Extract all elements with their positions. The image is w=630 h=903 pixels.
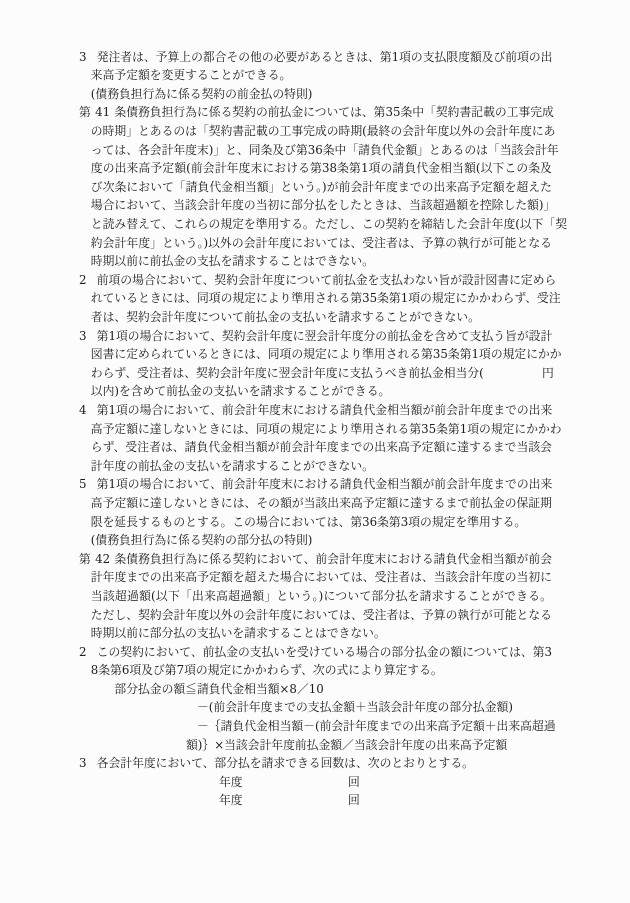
art41-line-6: 場合において、当該会計年度の当初に部分払をしたときは、当該超過額を控除した額)」 (91, 196, 552, 215)
schedule-row: 年度回 (79, 791, 552, 810)
art41-item5-line-3: 限を延長するものとする。この場合においては、第36条第3項の規定を準用する。 (91, 513, 552, 532)
schedule-year: 年度 (219, 791, 243, 810)
art42-line-3: 当該超過額(以下「出来高超過額」という。)について部分払を請求することができる。 (91, 587, 552, 606)
art41-line-8: 約会計年度」という。)以外の会計年度においては、受注者は、予算の執行が可能となる (91, 234, 552, 253)
art41-item3-line-3: わらず、受注者は、契約会計年度に翌会計年度に支払うべき前払金相当分(円 (91, 364, 552, 383)
item-text: わらず、受注者は、契約会計年度に翌会計年度に支払うべき前払金相当分( (91, 366, 484, 380)
formula-term-1: －(前会計年度までの支払金額＋当該会計年度の部分払金額) (197, 698, 552, 717)
article-text: 債務負担行為に係る契約の前払金については、第35条中「契約書記載の工事完成 (126, 105, 554, 119)
art42-line-4: ただし、契約会計年度以外の会計年度においては、受注者は、予算の執行が可能となる (91, 606, 552, 625)
art41-item4-line-2: 高予定額に達しないときには、同項の規定により準用される第35条第1項の規定にかか… (91, 420, 552, 439)
item-text: 各会計年度において、部分払を請求できる回数は、次のとおりとする。 (97, 756, 474, 770)
article-label: 第42条 (79, 550, 126, 569)
amount-unit: 円 (542, 364, 554, 383)
item-number: 5 (79, 475, 97, 494)
item-number: 2 (79, 271, 97, 290)
item-number: 2 (79, 643, 97, 662)
item-number: 3 (79, 754, 97, 773)
art41-item3-line-4: 以内)を含めて前払金の支払いを請求することができる。 (91, 382, 552, 401)
art41-line-1: 第41条債務負担行為に係る契約の前払金については、第35条中「契約書記載の工事完… (79, 103, 552, 122)
item-text: 第1項の場合において、前会計年度末における請負代金相当額が前会計年度までの出来 (97, 477, 553, 491)
art41-line-3: っては、各会計年度末)」と、同条及び第36条中「請負代金額」とあるのは「当該会計… (91, 141, 552, 160)
art41-line-5: び次条において「請負代金相当額」という。)が前会計年度までの出来高予定額を超えた (91, 178, 552, 197)
art41-item4-line-3: らず、受注者は、請負代金相当額が前会計年度までの出来高予定額に達するまで当該会 (91, 438, 552, 457)
art42-line-2: 計年度までの出来高予定額を超えた場合においては、受注者は、当該会計年度の当初に (91, 568, 552, 587)
art42-item2-line-2: 8条第6項及び第7項の規定にかかわらず、次の式により算定する。 (91, 661, 552, 680)
art41-item5-line-1: 5第1項の場合において、前会計年度末における請負代金相当額が前会計年度までの出来 (79, 475, 552, 494)
schedule-year: 年度 (219, 773, 243, 792)
schedule-count: 回 (348, 791, 360, 810)
art41-item3-line-2: 図書に定められているときには、同項の規定により準用される第35条第1項の規定にか… (91, 345, 552, 364)
art41-item2-line-2: れているときには、同項の規定により準用される第35条第1項の規定にかかわらず、受… (91, 289, 552, 308)
item-text: 第1項の場合において、契約会計年度に翌会計年度分の前払金を含めて支払う旨が設計 (97, 329, 553, 343)
art41-caption: (債務負担行為に係る契約の前金払の特則) (91, 85, 552, 104)
item-text: 前項の場合において、契約会計年度について前払金を支払わない旨が設計図書に定めら (97, 273, 557, 287)
article-text: 債務負担行為に係る契約において、前会計年度末における請負代金相当額が前会 (126, 552, 552, 566)
schedule-count: 回 (348, 773, 360, 792)
art41-line-7: と読み替えて、これらの規定を準用する。ただし、この契約を締結した会計年度(以下「… (91, 215, 552, 234)
schedule-row: 年度回 (79, 773, 552, 792)
formula-term-2-continued: 額)｝×当該会計年度前払金額／当該会計年度の出来高予定額 (186, 736, 552, 755)
contract-document-page: 3発注者は、予算上の都合その他の必要があるときは、第1項の支払限度額及び前項の出… (79, 48, 552, 810)
art42-item2-line-1: 2この契約において、前払金の支払いを受けている場合の部分払金の額については、第3 (79, 643, 552, 662)
art40-item3-line-1: 3発注者は、予算上の都合その他の必要があるときは、第1項の支払限度額及び前項の出 (79, 48, 552, 67)
art42-caption: (債務負担行為に係る契約の部分払の特則) (91, 531, 552, 550)
art41-item3-line-1: 3第1項の場合において、契約会計年度に翌会計年度分の前払金を含めて支払う旨が設計 (79, 327, 552, 346)
art41-line-9: 時期以前に前払金の支払を請求することはできない。 (91, 252, 552, 271)
formula-term-2: －｛請負代金相当額－(前会計年度までの出来高予定額＋出来高超過 (197, 717, 552, 736)
item-number: 4 (79, 401, 97, 420)
art41-item4-line-1: 4第1項の場合において、前会計年度末における請負代金相当額が前会計年度までの出来 (79, 401, 552, 420)
art42-item3-line-1: 3各会計年度において、部分払を請求できる回数は、次のとおりとする。 (79, 754, 552, 773)
item-text: 第1項の場合において、前会計年度末における請負代金相当額が前会計年度までの出来 (97, 403, 553, 417)
art42-line-1: 第42条債務負担行為に係る契約において、前会計年度末における請負代金相当額が前会 (79, 550, 552, 569)
item-number: 3 (79, 327, 97, 346)
article-label: 第41条 (79, 103, 126, 122)
art41-line-4: 度の出来高予定額(前会計年度末における第38条第1項の請負代金相当額(以下この条… (91, 159, 552, 178)
art40-item3-line-2: 来高予定額を変更することができる。 (91, 66, 552, 85)
item-number: 3 (79, 48, 97, 67)
art41-line-2: の時期」とあるのは「契約書記載の工事完成の時期(最終の会計年度以外の会計年度にあ (91, 122, 552, 141)
art41-item2-line-1: 2前項の場合において、契約会計年度について前払金を支払わない旨が設計図書に定めら (79, 271, 552, 290)
art41-item4-line-4: 計年度の前払金の支払いを請求することができない。 (91, 457, 552, 476)
art42-line-5: 時期以前に部分払の支払いを請求することはできない。 (91, 624, 552, 643)
formula-lhs: 部分払金の額≦請負代金相当額×8／10 (114, 680, 552, 699)
art41-item5-line-2: 高予定額に達しないときには、その額が当該出来高予定額に達するまで前払金の保証期 (91, 494, 552, 513)
item-text: この契約において、前払金の支払いを受けている場合の部分払金の額については、第3 (97, 645, 552, 659)
item-text: 発注者は、予算上の都合その他の必要があるときは、第1項の支払限度額及び前項の出 (97, 50, 553, 64)
art41-item2-line-3: 者は、契約会計年度について前払金の支払いを請求することができない。 (91, 308, 552, 327)
